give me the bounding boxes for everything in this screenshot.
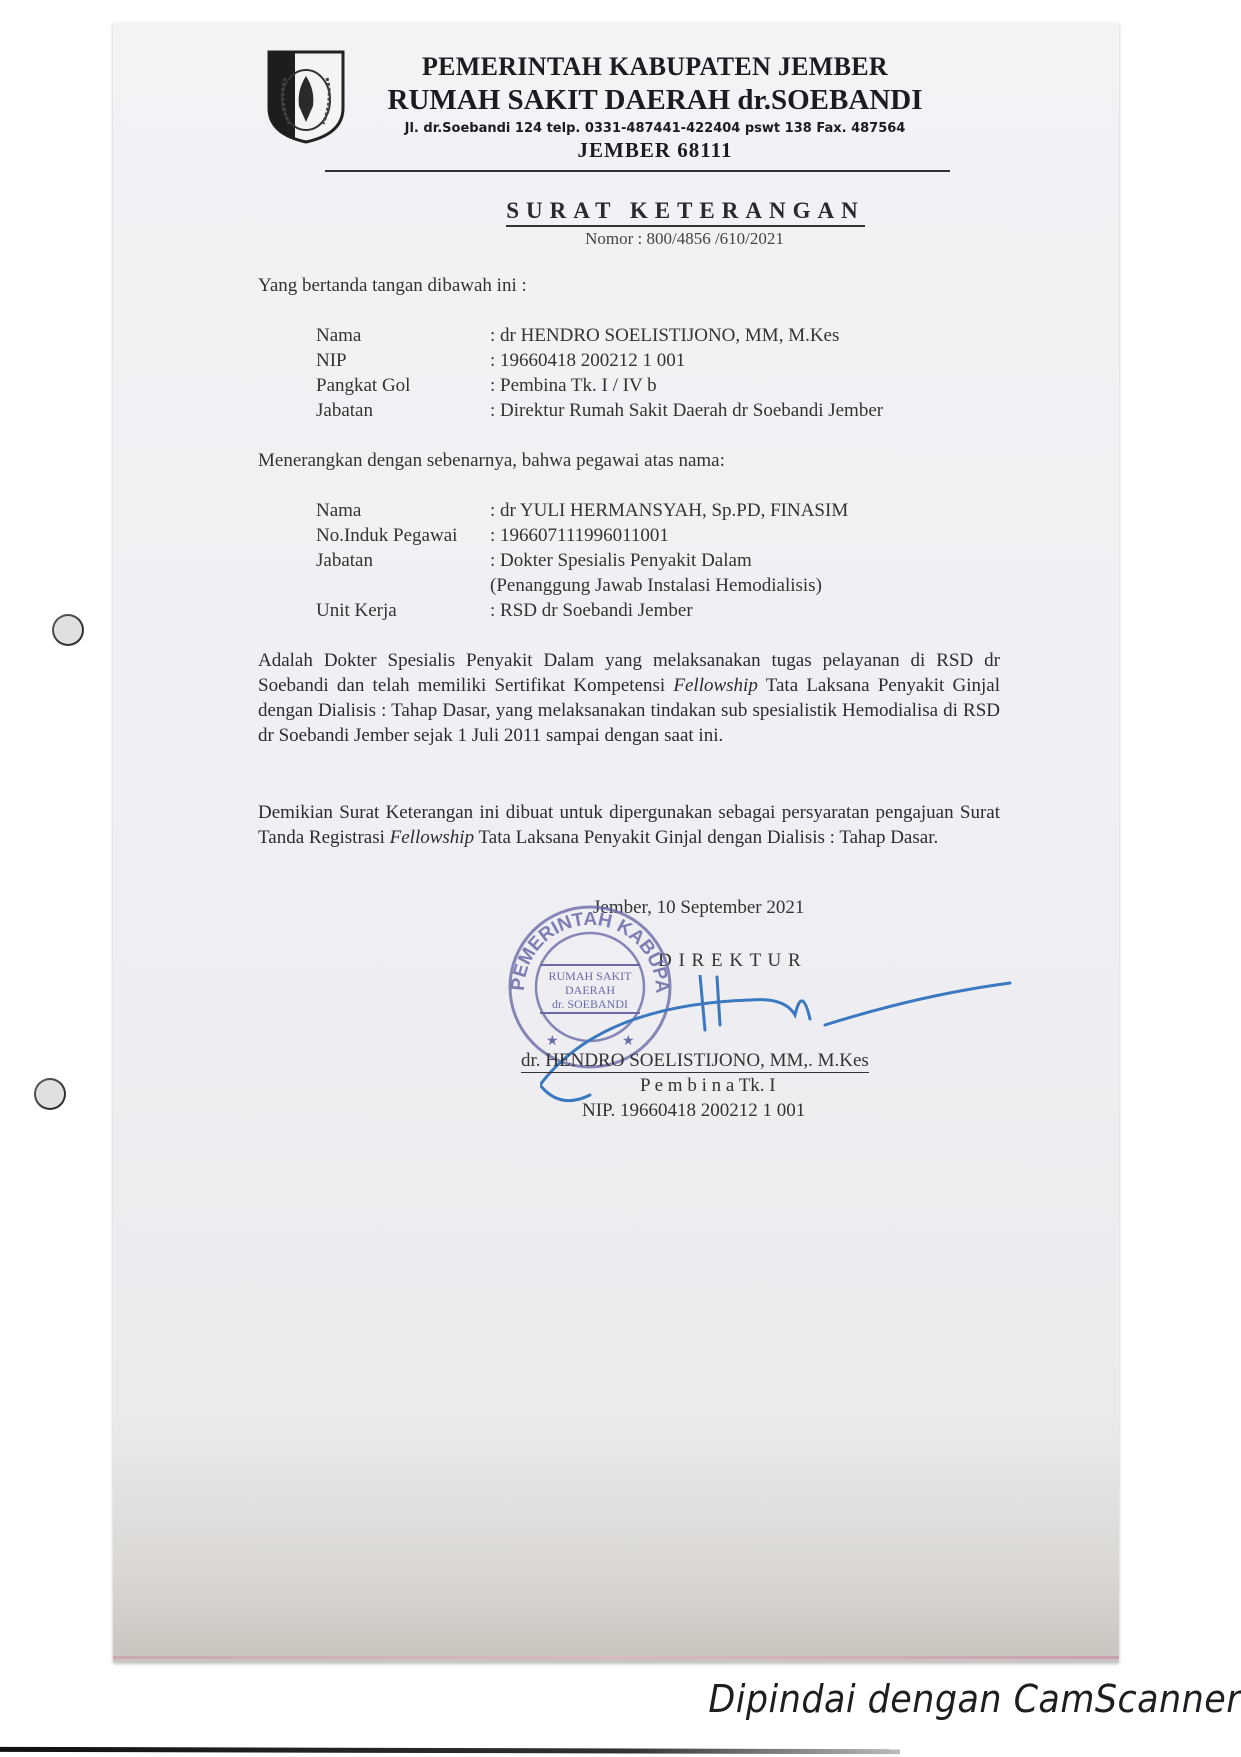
letterhead-hospital: RUMAH SAKIT DAERAH dr.SOEBANDI: [330, 84, 980, 117]
employee-fields: Nama: dr YULI HERMANSYAH, Sp.PD, FINASIM…: [316, 498, 848, 623]
paragraph-2: Demikian Surat Keterangan ini dibuat unt…: [258, 800, 1000, 850]
signer-field-row: NIP: 19660418 200212 1 001: [316, 348, 883, 373]
letterhead: PEMERINTAH KABUPATEN JEMBER RUMAH SAKIT …: [330, 52, 980, 163]
scan-edge-line: [0, 1747, 900, 1754]
employee-field-row: Unit Kerja: RSD dr Soebandi Jember: [316, 598, 848, 623]
employee-field-row: Jabatan: Dokter Spesialis Penyakit Dalam: [316, 548, 848, 573]
signer-field-label: Jabatan: [316, 398, 490, 423]
document-title: SURAT KETERANGAN: [506, 198, 864, 227]
signer-field-label: Pangkat Gol: [316, 373, 490, 398]
signer-field-value: : dr HENDRO SOELISTIJONO, MM, M.Kes: [490, 323, 839, 348]
employee-field-label: No.Induk Pegawai: [316, 523, 490, 548]
document-title-block: SURAT KETERANGAN Nomor : 800/4856 /610/2…: [0, 198, 1241, 249]
signer-field-label: Nama: [316, 323, 490, 348]
signer-field-row: Pangkat Gol: Pembina Tk. I / IV b: [316, 373, 883, 398]
statement-text: Menerangkan dengan sebenarnya, bahwa peg…: [258, 450, 725, 472]
employee-field-label: Unit Kerja: [316, 598, 490, 623]
employee-field-value: : RSD dr Soebandi Jember: [490, 598, 693, 623]
signer-field-value: : 19660418 200212 1 001: [490, 348, 685, 373]
document-number: Nomor : 800/4856 /610/2021: [128, 229, 1241, 249]
paper-edge: [113, 1656, 1119, 1659]
employee-field-row: No.Induk Pegawai: 196607111996011001: [316, 523, 848, 548]
employee-field-row: Nama: dr YULI HERMANSYAH, Sp.PD, FINASIM: [316, 498, 848, 523]
intro-text: Yang bertanda tangan dibawah ini :: [258, 275, 527, 297]
letterhead-address: Jl. dr.Soebandi 124 telp. 0331-487441-42…: [330, 121, 980, 136]
signer-nip: NIP. 19660418 200212 1 001: [582, 1100, 805, 1122]
signer-field-row: Jabatan: Direktur Rumah Sakit Daerah dr …: [316, 398, 883, 423]
employee-field-row: (Penanggung Jawab Instalasi Hemodialisis…: [316, 573, 848, 598]
signer-field-label: NIP: [316, 348, 490, 373]
fellowship-italic: Fellowship: [390, 827, 474, 848]
scanner-watermark: Dipindai dengan CamScanner: [708, 1677, 1241, 1721]
employee-field-value: (Penanggung Jawab Instalasi Hemodialisis…: [490, 573, 822, 598]
employee-field-label: [316, 573, 490, 598]
handwritten-signature-icon: [540, 975, 1020, 1105]
signer-field-value: : Direktur Rumah Sakit Daerah dr Soeband…: [490, 398, 883, 423]
employee-field-label: Nama: [316, 498, 490, 523]
fellowship-italic: Fellowship: [673, 675, 757, 696]
signer-name: dr. HENDRO SOELISTIJONO, MM,. M.Kes: [521, 1050, 869, 1073]
letterhead-city: JEMBER 68111: [330, 138, 980, 163]
letterhead-divider: [325, 170, 950, 172]
paragraph-1: Adalah Dokter Spesialis Penyakit Dalam y…: [258, 648, 1000, 748]
employee-field-label: Jabatan: [316, 548, 490, 573]
employee-field-value: : 196607111996011001: [490, 523, 669, 548]
employee-field-value: : Dokter Spesialis Penyakit Dalam: [490, 548, 752, 573]
employee-field-value: : dr YULI HERMANSYAH, Sp.PD, FINASIM: [490, 498, 848, 523]
signer-rank: P e m b i n a Tk. I: [640, 1075, 776, 1097]
signer-fields: Nama: dr HENDRO SOELISTIJONO, MM, M.KesN…: [316, 323, 883, 423]
letterhead-government: PEMERINTAH KABUPATEN JEMBER: [330, 52, 980, 82]
punch-hole-bottom: [34, 1078, 66, 1110]
signer-field-row: Nama: dr HENDRO SOELISTIJONO, MM, M.Kes: [316, 323, 883, 348]
punch-hole-top: [52, 614, 84, 646]
signer-field-value: : Pembina Tk. I / IV b: [490, 373, 657, 398]
